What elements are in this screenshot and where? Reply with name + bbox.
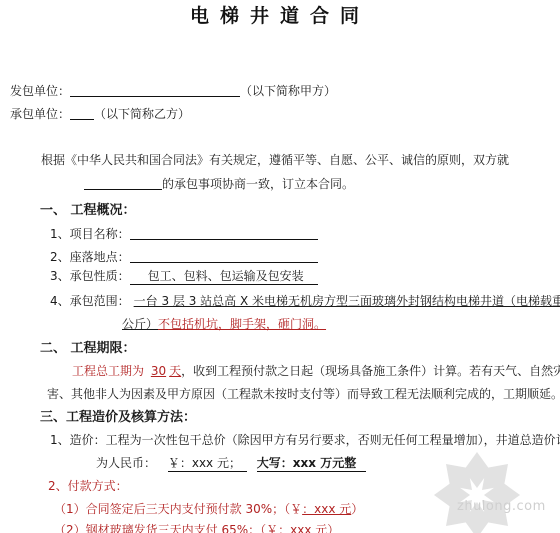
price-text: 工程为一次性包干总价（除因甲方有另行要求，否则无任何工程量增加），井道总造价计 <box>106 433 560 447</box>
scope-value-line2: 公斤） <box>122 317 158 331</box>
document-title: 电梯井道合同 <box>0 4 560 28</box>
duration-value: 30 <box>148 364 169 378</box>
item-label: 2、座落地点： <box>50 250 130 264</box>
duration-unit: 天 <box>169 364 181 378</box>
item-contract-nature: 3、承包性质：包工、包料、包运输及包安装 <box>50 268 318 285</box>
duration-line1: 工程总工期为 30天，收到工程预付款之日起（现场具备施工条件）计算。若有天气、自… <box>72 363 560 379</box>
preamble-line1: 根据《中华人民共和国合同法》有关规定，遵循平等、自愿、公平、诚信的原则，双方就 <box>41 152 509 168</box>
payment-item-1: （1）合同签定后三天内支付预付款 30%；（￥：xxx 元） <box>54 501 363 517</box>
payment-amount: ：xxx 元 <box>278 523 327 533</box>
scope-value-line1: 一台 3 层 3 站总高 X 米电梯无机房方型三面玻璃外封钢结构电梯井道（电梯载… <box>134 294 560 308</box>
scope-exclusions: 不包括机坑，脚手架，砸门洞。 <box>158 317 326 331</box>
section2-heading: 二、 工程期限： <box>40 341 136 357</box>
payment-close: ） <box>327 523 339 533</box>
contractor-row: 承包单位：（以下简称乙方） <box>10 106 190 122</box>
duration-prefix: 工程总工期为 <box>72 364 144 378</box>
contractor-field[interactable] <box>70 107 94 120</box>
payment-text: （2）钢材玻璃发货三天内支付 65%；（￥ <box>54 523 278 533</box>
item-label: 4、承包范围： <box>50 294 130 308</box>
item-location: 2、座落地点： <box>50 249 318 265</box>
payment-text: （1）合同签定后三天内支付预付款 30%；（￥ <box>54 502 302 516</box>
employer-row: 发包单位：（以下简称甲方） <box>10 83 336 99</box>
payment-amount: ：xxx 元 <box>302 502 351 516</box>
payment-heading: 2、付款方式： <box>48 478 128 494</box>
employer-field[interactable] <box>70 84 240 97</box>
employer-note: （以下简称甲方） <box>240 84 336 98</box>
payment-item-2: （2）钢材玻璃发货三天内支付 65%；（￥：xxx 元） <box>54 522 339 533</box>
item-label: 1、项目名称： <box>50 227 130 241</box>
project-name-field[interactable] <box>130 227 318 240</box>
item-scope-line2: 公斤）不包括机坑，脚手架，砸门洞。 <box>122 316 326 332</box>
project-blank-field[interactable] <box>84 177 162 190</box>
item-label: 3、承包性质： <box>50 269 130 283</box>
price-line: 1、造价：工程为一次性包干总价（除因甲方有另行要求，否则无任何工程量增加），井道… <box>50 432 560 448</box>
item-project-name: 1、项目名称： <box>50 226 318 242</box>
rmb-amount: ￥：xxx 元； <box>168 455 247 472</box>
duration-line2: 害、其他非人为因素及甲方原因（工程款未按时支付等）而导致工程无法顺利完成的，工期… <box>47 386 560 402</box>
payment-close: ） <box>351 502 363 516</box>
section3-heading: 三、工程造价及核算方法： <box>40 410 196 426</box>
duration-rest: ，收到工程预付款之日起（现场具备施工条件）计算。若有天气、自然灾 <box>181 364 560 378</box>
contract-nature-value: 包工、包料、包运输及包安装 <box>130 268 318 285</box>
watermark-logo-icon <box>432 450 522 533</box>
section1-heading: 一、 工程概况： <box>40 203 136 219</box>
preamble-line2: 的承包事项协商一致，订立本合同。 <box>84 176 354 192</box>
rmb-label: 为人民币： <box>96 456 156 470</box>
location-field[interactable] <box>130 250 318 263</box>
item-scope: 4、承包范围：一台 3 层 3 站总高 X 米电梯无机房方型三面玻璃外封钢结构电… <box>50 293 560 309</box>
rmb-line: 为人民币： ￥：xxx 元； 大写：xxx 万元整 <box>96 455 366 472</box>
preamble-line2-text: 的承包事项协商一致，订立本合同。 <box>162 177 354 191</box>
price-label: 1、造价： <box>50 433 106 447</box>
contractor-label: 承包单位： <box>10 107 70 121</box>
contractor-note: （以下简称乙方） <box>94 107 190 121</box>
watermark-text: zhulong.com <box>457 499 546 514</box>
rmb-uppercase-amount: 大写：xxx 万元整 <box>257 455 366 472</box>
employer-label: 发包单位： <box>10 84 70 98</box>
